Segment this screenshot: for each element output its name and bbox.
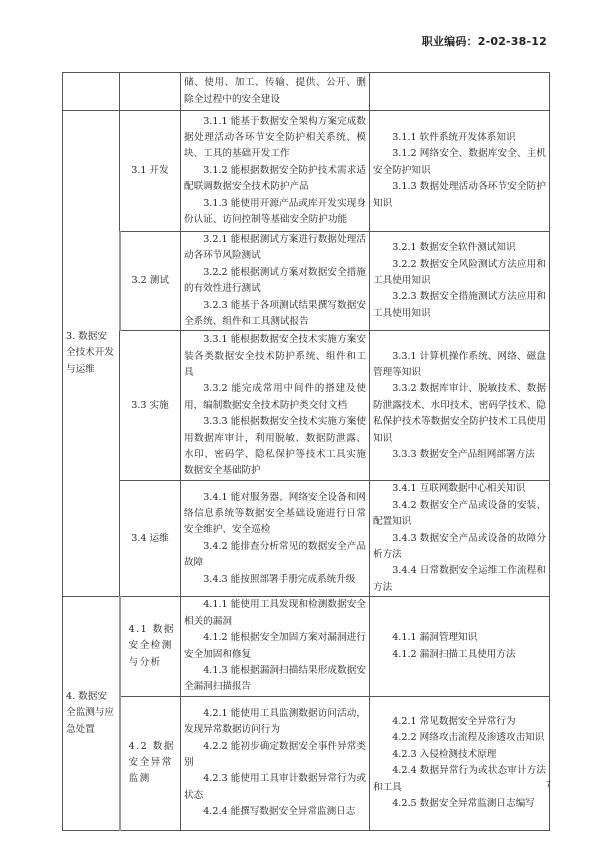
skill-cell: 3.3.1 能根据数据安全技术实施方案安装各类数据安全技术防护系统、组件和工具 … xyxy=(181,331,370,481)
skill-text: 4.1.1 能使用工具发现和检测数据安全相关的漏洞 xyxy=(184,597,366,630)
level1-text: 3. 数据安全技术开发与运维 xyxy=(66,331,114,375)
knowledge-cell: 3.4.1 互联网数据中心相关知识 3.4.2 数据安全产品或设备的安装、配置知… xyxy=(370,481,550,597)
table-row: 3.3 实施 3.3.1 能根据数据安全技术实施方案安装各类数据安全技术防护系统… xyxy=(63,331,550,481)
skill-cell: 3.1.1 能基于数据安全架构方案完成数据处理活动各环节安全防护相关系统、模块、… xyxy=(181,111,370,232)
skill-text: 3.4.1 能对服务器、网络安全设备和网络信息系统等数据安全基础设施进行日常安全… xyxy=(184,490,366,539)
knowledge-cell xyxy=(370,73,550,111)
knowledge-text: 3.4.3 数据安全产品或设备的故障分析方法 xyxy=(373,531,546,564)
skill-text: 3.2.1 能根据测试方案进行数据处理活动各环节风险测试 xyxy=(184,232,366,265)
skill-text: 3.2.2 能根据测试方案对数据安全措施的有效性进行测试 xyxy=(184,265,366,298)
occupation-code: 职业编码：2-02-38-12 xyxy=(422,33,547,49)
level1-text: 4. 数据安全监测与应急处置 xyxy=(66,691,114,735)
level1-cell: 3. 数据安全技术开发与运维 xyxy=(63,111,120,597)
table-row: 3.4 运维 3.4.1 能对服务器、网络安全设备和网络信息系统等数据安全基础设… xyxy=(63,481,550,597)
skill-text: 4.2.4 能撰写数据安全异常监测日志 xyxy=(184,804,366,820)
level2-text: 3.3 实施 xyxy=(131,400,169,411)
skill-text: 3.1.2 能根据数据安全防护技术需求适配联调数据安全技术防护产品 xyxy=(184,163,366,196)
knowledge-text: 4.2.3 入侵检测技术原理 xyxy=(373,747,546,763)
level2-cell: 3.1 开发 xyxy=(120,111,181,232)
skill-text: 4.1.2 能根据安全加固方案对漏洞进行安全加固和修复 xyxy=(184,630,366,663)
skill-text: 储、使用、加工、传输、提供、公开、删除全过程中的安全建设 xyxy=(184,75,366,108)
skill-text: 3.4.2 能排查分析常见的数据安全产品故障 xyxy=(184,539,366,572)
knowledge-text: 3.2.1 数据安全软件测试知识 xyxy=(373,240,546,256)
table-row: 4.2 数据安全异常监测 4.2.1 能使用工具监测数据访问活动，发现异常数据访… xyxy=(63,696,550,830)
knowledge-cell: 3.2.1 数据安全软件测试知识 3.2.2 数据安全风险测试方法应用和工具使用… xyxy=(370,232,550,331)
skill-cell: 储、使用、加工、传输、提供、公开、删除全过程中的安全建设 xyxy=(181,73,370,111)
level2-text: 3.1 开发 xyxy=(131,165,169,176)
knowledge-text: 3.1.2 网络安全、数据库安全、主机安全防护知识 xyxy=(373,146,546,179)
skill-text: 4.2.1 能使用工具监测数据访问活动，发现异常数据访问行为 xyxy=(184,706,366,739)
knowledge-text: 3.3.3 数据安全产品组网部署方法 xyxy=(373,447,546,463)
knowledge-cell: 4.1.1 漏洞管理知识 4.1.2 漏洞扫描工具使用方法 xyxy=(370,597,550,696)
knowledge-text: 3.2.2 数据安全风险测试方法应用和工具使用知识 xyxy=(373,257,546,290)
skill-requirements-table: 储、使用、加工、传输、提供、公开、删除全过程中的安全建设 3. 数据安全技术开发… xyxy=(62,72,550,831)
level2-cell: 3.4 运维 xyxy=(120,481,181,597)
table-row: 3. 数据安全技术开发与运维 3.1 开发 3.1.1 能基于数据安全架构方案完… xyxy=(63,111,550,232)
skill-text: 4.2.3 能使用工具审计数据异常行为或状态 xyxy=(184,771,366,804)
knowledge-text: 3.4.2 数据安全产品或设备的安装、配置知识 xyxy=(373,498,546,531)
level1-cell: 4. 数据安全监测与应急处置 xyxy=(63,597,120,830)
skill-text: 4.2.2 能初步确定数据安全事件异常类别 xyxy=(184,739,366,772)
knowledge-text: 4.2.5 数据安全异常监测日志编写 xyxy=(373,796,546,812)
skill-text: 3.4.3 能按照部署手册完成系统升级 xyxy=(184,572,366,588)
skill-text: 4.1.3 能根据漏洞扫描结果形成数据安全漏洞扫描报告 xyxy=(184,663,366,696)
level2-cell: 4.2 数据安全异常监测 xyxy=(120,696,181,830)
skill-text: 3.1.3 能使用开源产品或库开发实现身份认证、访问控制等基础安全防护功能 xyxy=(184,196,366,229)
skill-cell: 3.4.1 能对服务器、网络安全设备和网络信息系统等数据安全基础设施进行日常安全… xyxy=(181,481,370,597)
knowledge-text: 3.4.1 互联网数据中心相关知识 xyxy=(373,481,546,497)
level2-cell: 3.3 实施 xyxy=(120,331,181,481)
knowledge-text: 4.2.1 常见数据安全异常行为 xyxy=(373,714,546,730)
table-row: 储、使用、加工、传输、提供、公开、删除全过程中的安全建设 xyxy=(63,73,550,111)
table-row: 4. 数据安全监测与应急处置 4.1 数据安全检测与分析 4.1.1 能使用工具… xyxy=(63,597,550,696)
skill-cell: 4.2.1 能使用工具监测数据访问活动，发现异常数据访问行为 4.2.2 能初步… xyxy=(181,696,370,830)
level2-text: 4.1 数据安全检测与分析 xyxy=(129,624,176,668)
knowledge-text: 4.1.1 漏洞管理知识 xyxy=(373,630,546,646)
skill-cell: 4.1.1 能使用工具发现和检测数据安全相关的漏洞 4.1.2 能根据安全加固方… xyxy=(181,597,370,696)
knowledge-text: 4.2.4 数据异常行为或状态审计方法和工具 xyxy=(373,763,546,796)
table-row: 3.2 测试 3.2.1 能根据测试方案进行数据处理活动各环节风险测试 3.2.… xyxy=(63,232,550,331)
level2-cell xyxy=(120,73,181,111)
skill-cell: 3.2.1 能根据测试方案进行数据处理活动各环节风险测试 3.2.2 能根据测试… xyxy=(181,232,370,331)
knowledge-text: 3.1.1 软件系统开发体系知识 xyxy=(373,130,546,146)
level1-cell xyxy=(63,73,120,111)
level2-text: 4.2 数据安全异常监测 xyxy=(129,741,176,785)
knowledge-cell: 3.3.1 计算机操作系统、网络、磁盘管理等知识 3.3.2 数据库审计、脱敏技… xyxy=(370,331,550,481)
knowledge-text: 4.2.2 网络攻击流程及渗透攻击知识 xyxy=(373,730,546,746)
knowledge-text: 4.1.2 漏洞扫描工具使用方法 xyxy=(373,647,546,663)
knowledge-text: 3.3.2 数据库审计、脱敏技术、数据防泄露技术、水印技术、密码学技术、隐私保护… xyxy=(373,381,546,447)
level2-text: 3.2 测试 xyxy=(132,275,170,286)
level2-cell: 3.2 测试 xyxy=(120,232,181,331)
skill-text: 3.3.3 能根据数据安全技术实施方案使用数据库审计，利用脱敏、数据防泄露、水印… xyxy=(184,414,366,480)
knowledge-text: 3.1.3 数据处理活动各环节安全防护知识 xyxy=(373,179,546,212)
skill-text: 3.1.1 能基于数据安全架构方案完成数据处理活动各环节安全防护相关系统、模块、… xyxy=(184,114,366,163)
knowledge-text: 3.4.4 日常数据安全运维工作流程和方法 xyxy=(373,563,546,596)
level2-cell: 4.1 数据安全检测与分析 xyxy=(120,597,181,696)
skill-text: 3.3.1 能根据数据安全技术实施方案安装各类数据安全技术防护系统、组件和工具 xyxy=(184,332,366,381)
skill-text: 3.2.3 能基于各项测试结果撰写数据安全系统、组件和工具测试报告 xyxy=(184,298,366,331)
knowledge-text: 3.3.1 计算机操作系统、网络、磁盘管理等知识 xyxy=(373,349,546,382)
knowledge-text: 3.2.3 数据安全措施测试方法应用和工具使用知识 xyxy=(373,289,546,322)
level2-text: 3.4 运维 xyxy=(131,533,169,544)
knowledge-cell: 3.1.1 软件系统开发体系知识 3.1.2 网络安全、数据库安全、主机安全防护… xyxy=(370,111,550,232)
page-number: 7 xyxy=(546,780,551,789)
knowledge-cell: 4.2.1 常见数据安全异常行为 4.2.2 网络攻击流程及渗透攻击知识 4.2… xyxy=(370,696,550,830)
skill-text: 3.3.2 能完成常用中间件的搭建及使用，编制数据安全技术防护类交付文档 xyxy=(184,381,366,414)
